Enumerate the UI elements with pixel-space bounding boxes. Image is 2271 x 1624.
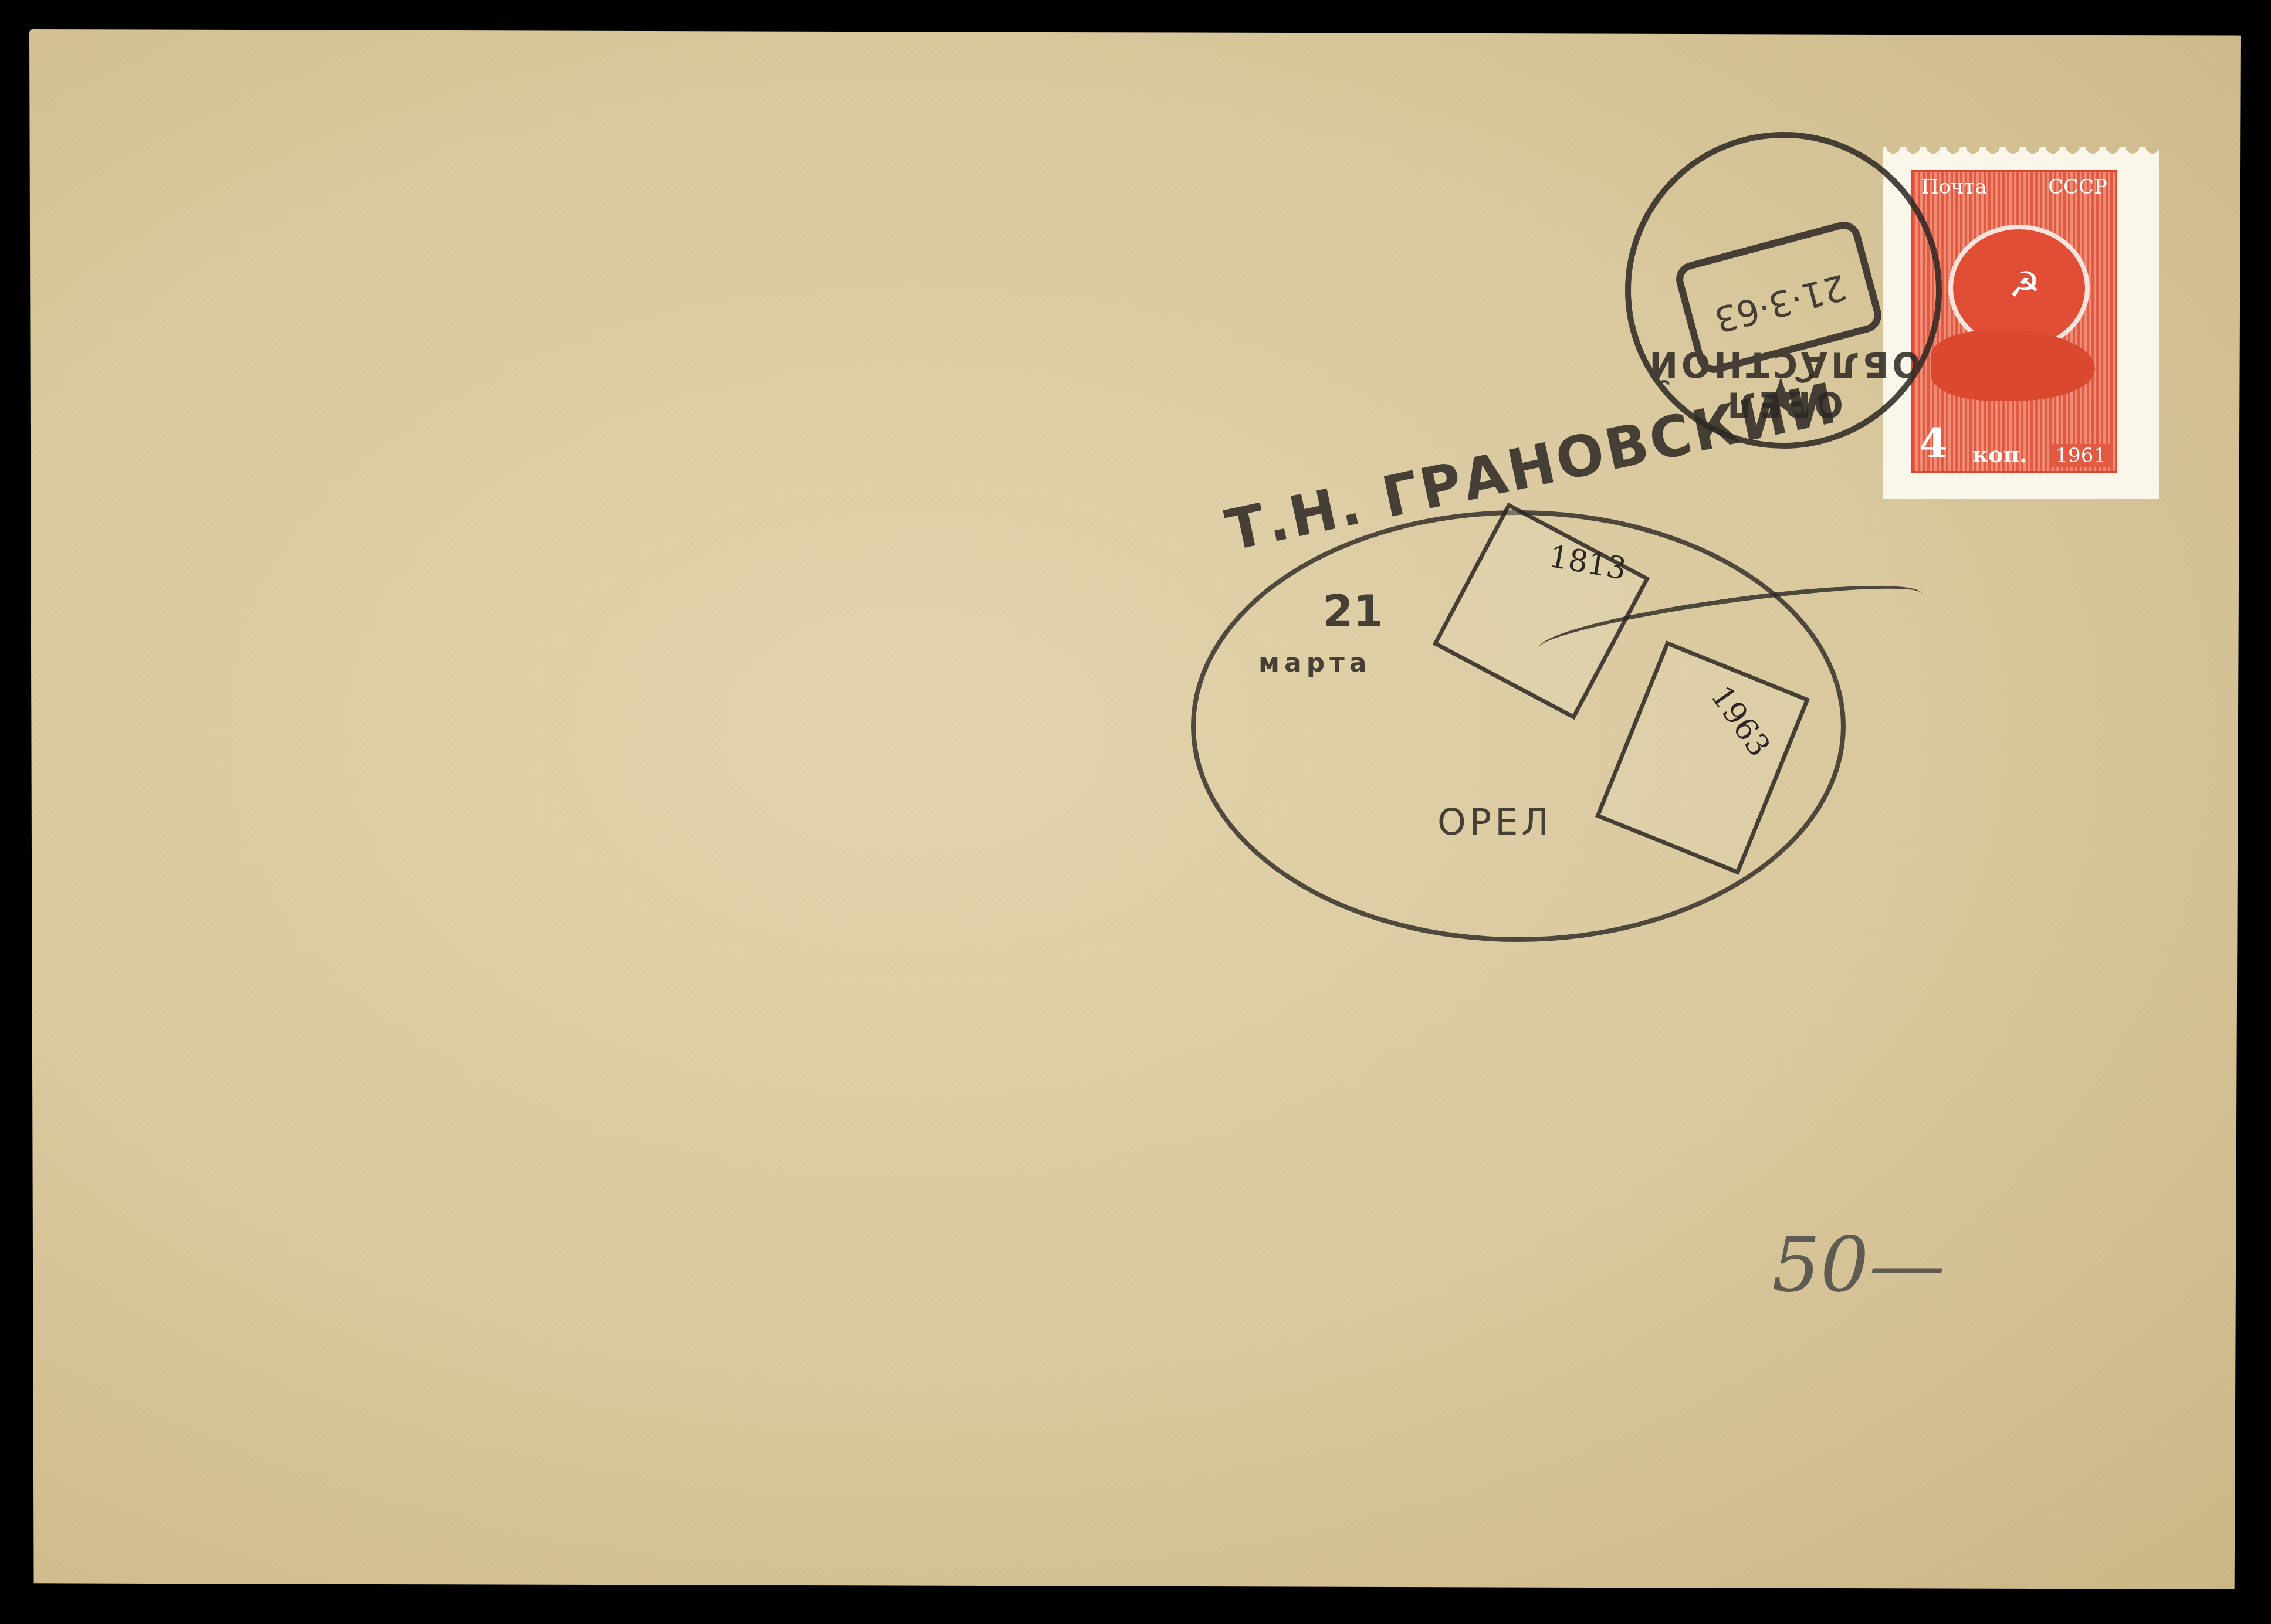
- stamp-design: ☭ Почта СССР 4 коп. 1961: [1911, 170, 2117, 473]
- postmark-date: 21·3·63: [1690, 260, 1871, 345]
- cancel-day: 21: [1323, 586, 1383, 637]
- hammer-sickle-icon: ☭: [2009, 265, 2040, 306]
- stamp-unit: коп.: [1972, 441, 2028, 467]
- cancel-city: ОРЕЛ: [1437, 801, 1552, 843]
- stamp-post-label: Почта: [1921, 175, 1987, 199]
- flag-graphic: [1931, 330, 2095, 401]
- cancel-month: марта: [1258, 648, 1371, 678]
- stamp-country-label: СССР: [2048, 175, 2107, 199]
- stamp-header: Почта СССР: [1913, 175, 2116, 199]
- stamp-denomination: 4: [1919, 419, 1948, 467]
- stamp-footer: 4 коп. 1961: [1913, 419, 2116, 467]
- pencil-price-note: 50—: [1772, 1220, 1945, 1309]
- stamp-year: 1961: [2052, 444, 2110, 467]
